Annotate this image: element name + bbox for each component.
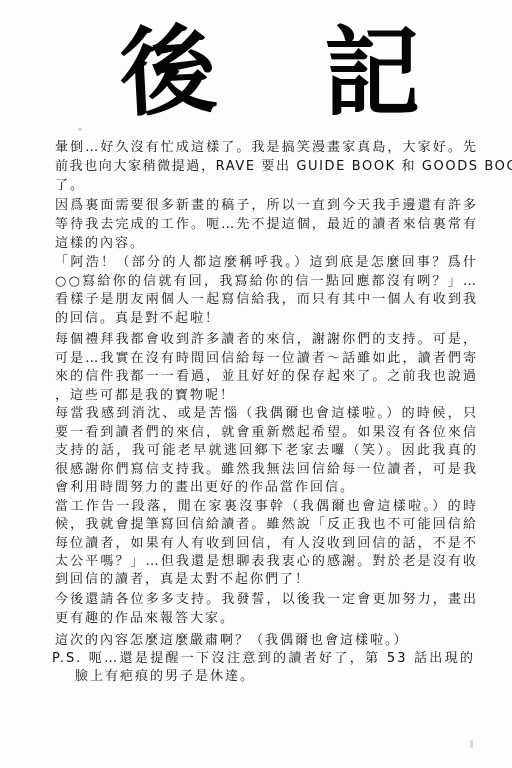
text-line: 要一看到讀者們的來信，就會重新燃起希望。如果沒有各位來信 bbox=[55, 424, 478, 442]
text-line: 每當我感到消沈、或是苦惱（我偶爾也會這樣啦。）的時候，只 bbox=[55, 405, 478, 423]
text-line: ，這些可都是我的寶物呢！ bbox=[55, 387, 478, 405]
afterword-page: 後 記 暈倒…好久沒有忙成這樣了。我是搞笑漫畫家真島，大家好。先 前我也向大家稍… bbox=[0, 0, 512, 768]
text-line: 候，我就會提筆寫回信給讀者。雖然說「反正我也不可能回信給 bbox=[55, 516, 478, 534]
text-line: 太公平嗎？」…但我還是想聊表我衷心的感謝。對於老是沒有收 bbox=[55, 553, 478, 571]
text-line: 這次的內容怎麼這麼嚴肅啊？（我偶爾也會這樣啦。） bbox=[55, 632, 478, 650]
text-line: 每位讀者，如果有人有收到回信，有人沒收到回信的話，不是不 bbox=[55, 535, 478, 553]
text-line: 暈倒…好久沒有忙成這樣了。我是搞笑漫畫家真島，大家好。先 bbox=[55, 139, 478, 157]
text-line: 了。 bbox=[55, 177, 478, 195]
ps-line: P.S. 呃…還是提醒一下沒注意到的讀者好了，第 53 話出現的那個 bbox=[52, 650, 475, 668]
title-char-record: 記 bbox=[322, 24, 422, 122]
text-line: 會利用時間努力的畫出更好的作品當作回信。 bbox=[55, 479, 478, 497]
ps-line: 臉上有疤痕的男子是休達。 bbox=[75, 668, 275, 686]
text-line: 當工作告一段落，閒在家裏沒事幹（我偶爾也會這樣啦。）的時 bbox=[55, 498, 478, 516]
text-line: 很感謝你們寫信支持我。雖然我無法回信給每一位讀者，可是我 bbox=[55, 461, 478, 479]
text-line: 來的信件我都一一看過，並且好好的保存起來了。之前我也說過 bbox=[55, 368, 478, 386]
text-line: 每個禮拜我都會收到許多讀者的來信，謝謝你們的支持。可是， bbox=[55, 331, 478, 349]
text-line: 這樣的內容。 bbox=[55, 235, 478, 253]
text-line: 到回信的讀者，真是太對不起你們了！ bbox=[55, 571, 478, 589]
text-line: 可是…我實在沒有時間回信給每一位讀者～話雖如此，讀者們寄 bbox=[55, 350, 478, 368]
text-line: 前我也向大家稍微提過，RAVE 要出 GUIDE BOOK 和 GOODS BO… bbox=[55, 158, 478, 176]
text-line: 支持的話，我可能老早就逃回鄉下老家去囉（笑）。因此我真的 bbox=[55, 442, 478, 460]
text-line: 的回信。真是對不起啦！ bbox=[55, 310, 478, 328]
text-line: 更有趣的作品來報答大家。 bbox=[55, 610, 478, 628]
scan-speck bbox=[470, 740, 473, 748]
text-line: 因爲裏面需要很多新畫的稿子，所以一直到今天我手邊還有許多 bbox=[55, 197, 478, 215]
title-char-after: 後 bbox=[116, 21, 221, 122]
text-line: 「阿浩！（部分的人都這麼稱呼我。）這到底是怎麼回事？爲什麼 bbox=[55, 254, 478, 272]
scan-speck bbox=[78, 128, 82, 131]
text-line: 等待我去完成的工作。呃…先不提這個，最近的讀者來信裏常有 bbox=[55, 216, 478, 234]
text-line: 看樣子是朋友兩個人一起寫信給我，而只有其中一個人有收到我 bbox=[55, 291, 478, 309]
text-line: ○○寫給你的信就有回，我寫給你的信一點回應都沒有咧？」… bbox=[55, 273, 478, 291]
text-line: 今後還請各位多多支持。我發誓，以後我一定會更加努力，畫出 bbox=[55, 591, 478, 609]
